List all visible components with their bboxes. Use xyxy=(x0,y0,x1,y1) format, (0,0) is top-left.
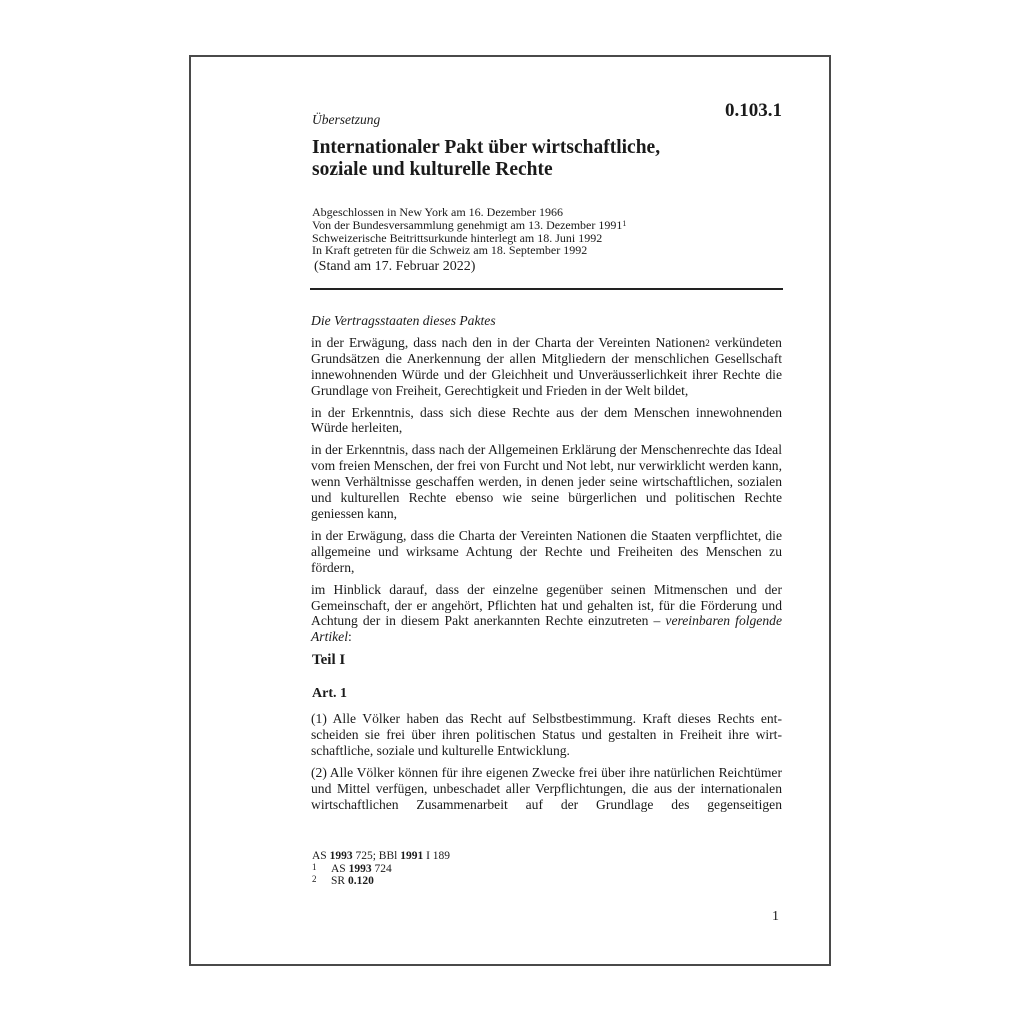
source-reference: AS 1993 725; BBl 1991 I 189 xyxy=(312,850,450,863)
footnote-text: 724 xyxy=(372,863,392,875)
document-metadata: Abgeschlossen in New York am 16. Dezembe… xyxy=(312,206,782,257)
source-ref-text: I 189 xyxy=(423,850,450,862)
footnote-ref-1[interactable]: 1 xyxy=(622,219,626,228)
status-date: (Stand am 17. Februar 2022) xyxy=(314,259,475,275)
footnote-number: 1 xyxy=(312,861,331,874)
footnotes: AS 1993 725; BBl 1991 I 189 1AS 1993 724… xyxy=(312,850,450,888)
footnote-1: 1AS 1993 724 xyxy=(312,863,450,876)
preamble-intro: Die Vertragsstaaten dieses Paktes xyxy=(311,313,782,329)
preamble-paragraph: in der Erwägung, dass die Charta der Ver… xyxy=(311,528,782,576)
preamble-p5-colon: : xyxy=(348,629,352,644)
source-ref-text: 725; BBl xyxy=(353,850,401,862)
header-divider xyxy=(310,288,783,290)
source-ref-year: 1991 xyxy=(400,850,423,862)
article-paragraph-1: (1) Alle Völker haben das Recht auf Selb… xyxy=(311,711,782,759)
preamble: Die Vertragsstaaten dieses Paktes in der… xyxy=(311,313,782,651)
meta-approved: Von der Bundesversammlung genehmigt am 1… xyxy=(312,219,782,232)
article-body: (1) Alle Völker haben das Recht auf Selb… xyxy=(311,711,782,818)
preamble-p1-text: in der Erwägung, dass nach den in der Ch… xyxy=(311,335,705,350)
article-paragraph-2: (2) Alle Völker können für ihre eigenen … xyxy=(311,765,782,813)
footnote-ref-2[interactable]: 2 xyxy=(705,338,710,348)
page-number: 1 xyxy=(772,909,779,925)
source-ref-year: 1993 xyxy=(330,850,353,862)
footnote-2: 2SR 0.120 xyxy=(312,875,450,888)
title-line-2: soziale und kulturelle Rechte xyxy=(312,159,782,181)
title-line-1: Internationaler Pakt über wirtschaftlich… xyxy=(312,137,782,159)
preamble-paragraph: in der Erwägung, dass nach den in der Ch… xyxy=(311,335,782,399)
footnote-year: 1993 xyxy=(349,863,372,875)
footnote-text: AS xyxy=(331,863,349,875)
preamble-paragraph: in der Erkenntnis, dass sich diese Recht… xyxy=(311,405,782,437)
footnote-sr-number: 0.120 xyxy=(348,875,374,887)
preamble-paragraph: in der Erkenntnis, dass nach der Allgeme… xyxy=(311,442,782,522)
footnote-number: 2 xyxy=(312,873,331,886)
meta-approved-text: Von der Bundesversammlung genehmigt am 1… xyxy=(312,218,622,232)
sr-number: 0.103.1 xyxy=(725,100,782,122)
meta-in-force: In Kraft getreten für die Schweiz am 18.… xyxy=(312,244,782,257)
preamble-paragraph: im Hinblick darauf, dass der einzelne ge… xyxy=(311,582,782,646)
article-heading: Art. 1 xyxy=(312,686,347,702)
document-title: Internationaler Pakt über wirtschaftlich… xyxy=(312,137,782,181)
footnote-text: SR xyxy=(331,875,348,887)
part-heading: Teil I xyxy=(312,652,345,669)
translation-label: Übersetzung xyxy=(312,112,380,128)
